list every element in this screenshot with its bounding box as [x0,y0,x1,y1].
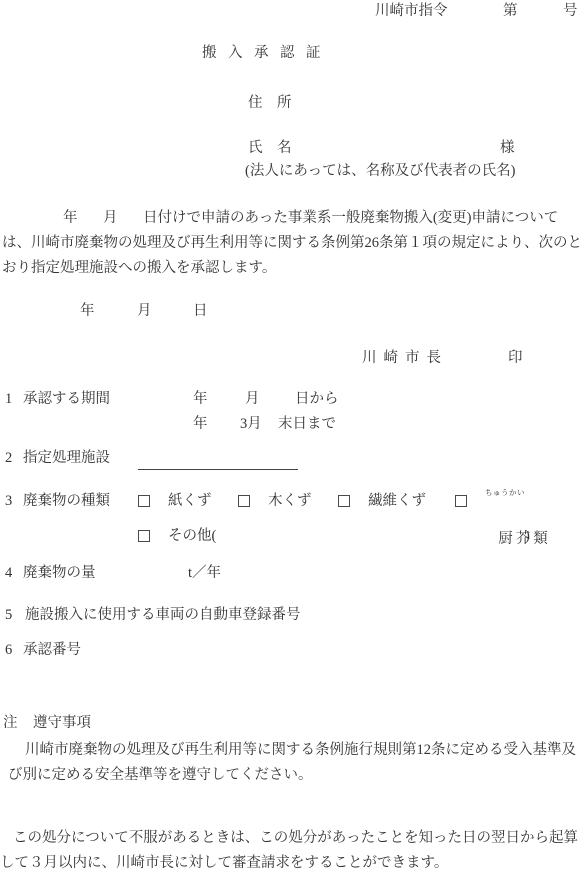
item2-number: 2 [5,449,12,468]
honorific-sama: 様 [500,139,515,158]
issue-date-month: 月 [137,302,152,321]
appeal-line-2: して３月以内に、川崎市長に対して審査請求をすることができます。 [0,854,448,870]
checkbox-kitchen-waste[interactable] [455,495,467,507]
application-date-month: 月 [103,209,118,228]
directive-agency-label: 川崎市指令 [375,2,448,21]
note-label: 注 [3,714,18,733]
body-line-2: は、川崎市廃棄物の処理及び再生利用等に関する条例第26条第１項の規定により、次の… [2,234,582,253]
period-from-year: 年 [193,390,208,409]
item6-label: 承認番号 [23,641,81,660]
note-heading: 遵守事項 [33,714,91,733]
name-label: 氏 名 [248,139,292,158]
period-from-month: 月 [245,390,260,409]
item5-number: 5 [5,606,12,625]
directive-number-suffix: 号 [563,2,578,21]
body-line-1: 日付けで申請のあった事業系一般廃棄物搬入(変更)申請について [143,209,558,228]
address-label: 住 所 [248,94,292,113]
checkbox-fiber-scrap[interactable] [338,495,350,507]
period-from-day: 日から [295,390,339,409]
checkbox-paper-scrap[interactable] [138,495,150,507]
kitchen-waste-suffix: 類 [533,531,551,547]
issue-date-day: 日 [193,302,208,321]
period-to-month: 3月 [240,415,262,434]
item1-label: 承認する期間 [23,390,110,409]
item4-label: 廃棄物の量 [23,564,96,583]
document-page: { "doc": { "header": { "agency": "川崎市指令"… [0,0,582,870]
item4-number: 4 [5,564,12,583]
body-line-3: おり指定処理施設への搬入を承認します。 [2,259,276,278]
period-to-year: 年 [193,415,208,434]
item3-label: 廃棄物の種類 [23,492,110,511]
option-other-close-paren: ) [525,527,530,546]
application-date-year: 年 [63,209,78,228]
issue-date-year: 年 [80,302,95,321]
checkbox-wood-scrap[interactable] [238,495,250,507]
appeal-line-1: この処分について不服があるときは、この処分があったことを知った日の翌日から起算 [13,829,578,848]
item1-number: 1 [5,390,12,409]
option-kitchen-waste-label: ちゅうかい 厨芥類 [485,492,582,549]
note-line-2: び別に定める安全基準等を遵守してください。 [8,766,313,785]
option-paper-scrap-label: 紙くず [168,492,212,511]
mayor-seal-mark: 印 [508,349,523,368]
checkbox-other[interactable] [138,530,150,542]
corporation-note: (法人にあっては、名称及び代表者の氏名) [245,162,516,181]
option-wood-scrap-label: 木くず [268,492,312,511]
note-line-1: 川崎市廃棄物の処理及び再生利用等に関する条例施行規則第12条に定める受入基準及 [25,741,576,760]
item3-number: 3 [5,492,12,511]
item2-label: 指定処理施設 [23,449,110,468]
option-fiber-scrap-label: 繊維くず [368,492,426,511]
page-title: 搬入承認証 [202,44,332,63]
mayor-name: 川崎市長 [362,349,448,368]
item5-label: 施設搬入に使用する車両の自動車登録番号 [25,606,301,625]
directive-number-prefix: 第 [503,2,518,21]
period-to-day: 末日まで [278,415,336,434]
item6-number: 6 [5,641,12,660]
kitchen-waste-furigana: ちゅうかい [485,483,525,502]
amount-unit-label: t／年 [188,564,221,583]
facility-fill-in-line[interactable] [138,452,298,470]
option-other-label: その他( [168,527,216,546]
